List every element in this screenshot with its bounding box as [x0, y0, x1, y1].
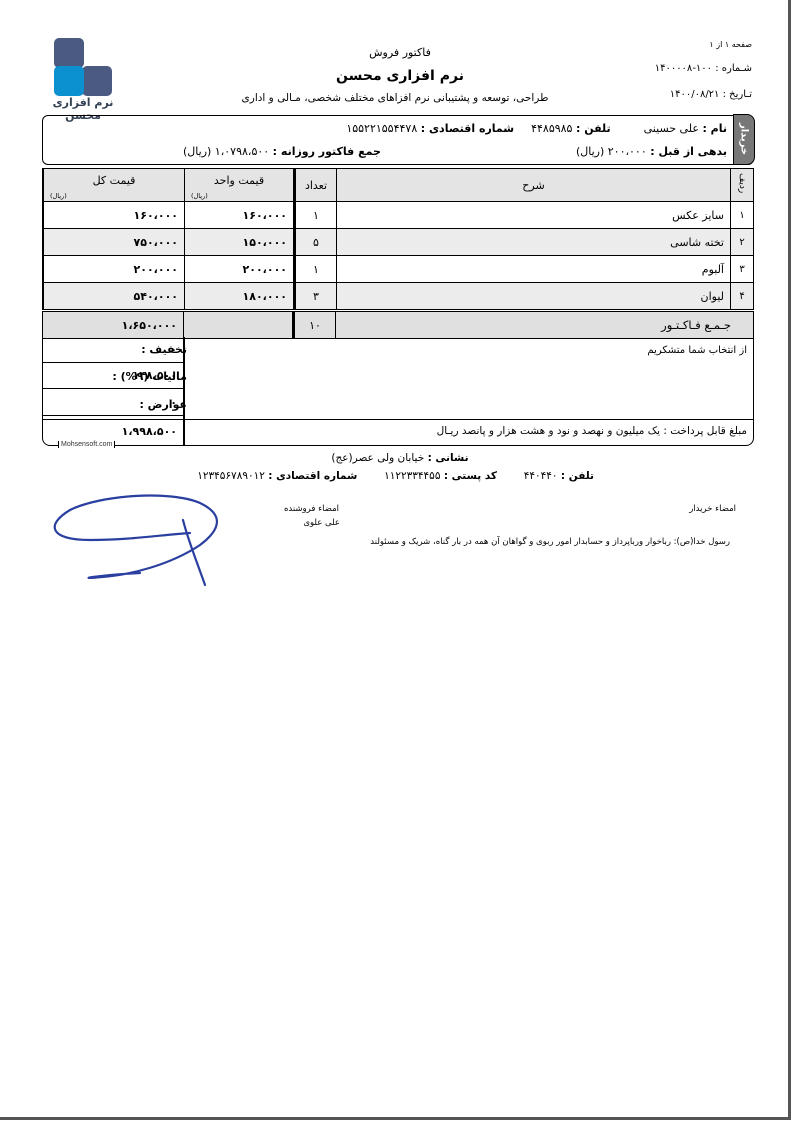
summary-total-quantity: ۱۰ [294, 312, 336, 339]
buyer-debt: بدهی از قبل : ۲۰۰،۰۰۰ (ریال) [576, 145, 727, 158]
discount-label: تخفیف : [141, 343, 187, 356]
seller-phone: ۴۴۰۴۴۰ [524, 470, 558, 482]
website-watermark: Mohsensoft.com [58, 441, 115, 448]
unit-price-cell: ۲۰۰،۰۰۰ [185, 256, 295, 283]
payable-divider [43, 419, 753, 420]
summary-table: ۱،۶۵۰،۰۰۰ ۱۰ جـمـع فـاکـتـور [42, 311, 754, 339]
buyer-economic-number: ۱۵۵۲۲۱۵۵۴۴۷۸ [346, 122, 417, 135]
total-price-cell: ۵۴۰،۰۰۰ [43, 283, 185, 310]
page-info: صفحه ۱ از ۱ [709, 40, 752, 49]
table-row: ۲۰۰،۰۰۰۲۰۰،۰۰۰۱آلبوم۳ [43, 256, 754, 283]
summary-blank-cell [184, 312, 294, 339]
quantity-cell: ۱ [295, 256, 337, 283]
thanks-note: از انتخاب شما متشکریم [647, 345, 747, 356]
buyer-name-label: نام : [702, 122, 727, 135]
row-number-cell: ۴ [731, 283, 754, 310]
description-cell: آلبوم [337, 256, 731, 283]
seller-name: علی علوی [303, 518, 340, 528]
row-number-cell: ۱ [731, 202, 754, 229]
header-unit-price: قیمت واحد (ریال) [185, 169, 295, 202]
header-row: ردیف [731, 169, 754, 202]
invoice-footer-box: ۰ ۱۴۸،۵۰۰ ۰ ۱،۹۹۸،۵۰۰ تخفیف : مالیات (۹%… [42, 337, 754, 446]
header-quantity: تعداد [295, 169, 337, 202]
description-cell: لیوان [337, 283, 731, 310]
company-name: نرم افزاری محسن [280, 68, 520, 84]
total-price-cell: ۷۵۰،۰۰۰ [43, 229, 185, 256]
quote-text: رسول خدا(ص): رباخوار وربا‌پرداز و حسابدا… [370, 537, 730, 547]
unit-price-cell: ۱۶۰،۰۰۰ [185, 202, 295, 229]
seller-phone-label: تلفن : [561, 470, 594, 482]
invoice-number-label: شـماره : [715, 63, 752, 74]
seller-address: نشانی : خیابان ولی عصر(عج) [200, 452, 600, 464]
table-row: ۱۶۰،۰۰۰۱۶۰،۰۰۰۱سایز عکس۱ [43, 202, 754, 229]
buyer-box: خریدار نام : علی حسینی تلفن : ۴۴۸۵۹۸۵ شم… [42, 115, 754, 165]
company-logo [54, 38, 114, 100]
description-cell: تخته شاسی [337, 229, 731, 256]
header-description: شرح [337, 169, 731, 202]
company-tagline: طراحی، توسعه و پشتیبانی نرم افزاهای مختل… [210, 92, 580, 104]
invoice-number: شـماره : ۱۰۰-۱۴۰۰۰۰۸ [655, 63, 752, 74]
buyer-signature-label: امضاء خریدار [689, 504, 736, 514]
seller-address-value: خیابان ولی عصر(عج) [331, 452, 424, 464]
items-header-row: قیمت کل (ریال) قیمت واحد (ریال) تعداد شر… [43, 169, 754, 202]
buyer-tab: خریدار [733, 114, 755, 165]
seller-contact-line: تلفن : ۴۴۰۴۴۰ کد پستی : ۱۱۲۲۳۳۴۴۵۵ شماره… [197, 470, 594, 482]
document-type: فاکتور فروش [280, 46, 520, 59]
total-price-cell: ۱۶۰،۰۰۰ [43, 202, 185, 229]
description-cell: سایز عکس [337, 202, 731, 229]
buyer-name: علی حسینی [644, 122, 699, 135]
summary-label: جـمـع فـاکـتـور [336, 312, 754, 339]
daily-total-value: ۱،۰۷۹۸،۵۰۰ (ریال) [183, 145, 269, 158]
header-total-price: قیمت کل (ریال) [43, 169, 185, 202]
invoice-date-label: تـاریخ : [723, 89, 752, 100]
table-row: ۵۴۰،۰۰۰۱۸۰،۰۰۰۳لیوان۴ [43, 283, 754, 310]
seller-postal-label: کد پستی : [444, 470, 497, 482]
tax-label: مالیات (۹%) : [112, 370, 187, 383]
invoice-date-value: ۱۴۰۰/۰۸/۲۱ [670, 89, 720, 100]
buyer-economic-label: شماره اقتصادی : [421, 122, 514, 135]
table-row: ۷۵۰،۰۰۰۱۵۰،۰۰۰۵تخته شاسی۲ [43, 229, 754, 256]
items-table: قیمت کل (ریال) قیمت واحد (ریال) تعداد شر… [42, 168, 754, 310]
header-total-currency: (ریال) [50, 192, 67, 200]
buyer-debt-label: بدهی از قبل : [650, 145, 727, 158]
row-number-cell: ۳ [731, 256, 754, 283]
seller-economic-number: ۱۲۳۴۵۶۷۸۹۰۱۲ [197, 470, 265, 482]
duties-label: عوارض : [139, 398, 187, 411]
quantity-cell: ۱ [295, 202, 337, 229]
header-unit-currency: (ریال) [191, 192, 208, 200]
quantity-cell: ۳ [295, 283, 337, 310]
invoice-number-value: ۱۰۰-۱۴۰۰۰۰۸ [655, 63, 712, 74]
row-number-cell: ۲ [731, 229, 754, 256]
unit-price-cell: ۱۵۰،۰۰۰ [185, 229, 295, 256]
daily-total: جمع فاکتور روزانه : ۱،۰۷۹۸،۵۰۰ (ریال) [183, 145, 381, 158]
quantity-cell: ۵ [295, 229, 337, 256]
summary-row: ۱،۶۵۰،۰۰۰ ۱۰ جـمـع فـاکـتـور [43, 312, 754, 339]
unit-price-cell: ۱۸۰،۰۰۰ [185, 283, 295, 310]
buyer-phone-label: تلفن : [576, 122, 611, 135]
seller-postal-code: ۱۱۲۲۳۳۴۴۵۵ [384, 470, 440, 482]
buyer-info-line: نام : علی حسینی تلفن : ۴۴۸۵۹۸۵ شماره اقت… [346, 122, 727, 135]
buyer-debt-value: ۲۰۰،۰۰۰ (ریال) [576, 145, 647, 158]
seller-signature-label: امضاء فروشنده [284, 504, 339, 514]
daily-total-label: جمع فاکتور روزانه : [273, 145, 381, 158]
seller-economic-label: شماره اقتصادی : [268, 470, 357, 482]
payable-in-words: مبلغ قابل پرداخت : یک میلیون و نهصد و نو… [437, 425, 747, 437]
seller-address-label: نشانی : [428, 452, 469, 464]
total-price-cell: ۲۰۰،۰۰۰ [43, 256, 185, 283]
seller-signature-ink [40, 485, 240, 595]
summary-total-amount: ۱،۶۵۰،۰۰۰ [43, 312, 184, 339]
buyer-phone: ۴۴۸۵۹۸۵ [531, 122, 572, 135]
invoice-date: تـاریخ : ۱۴۰۰/۰۸/۲۱ [670, 89, 752, 100]
